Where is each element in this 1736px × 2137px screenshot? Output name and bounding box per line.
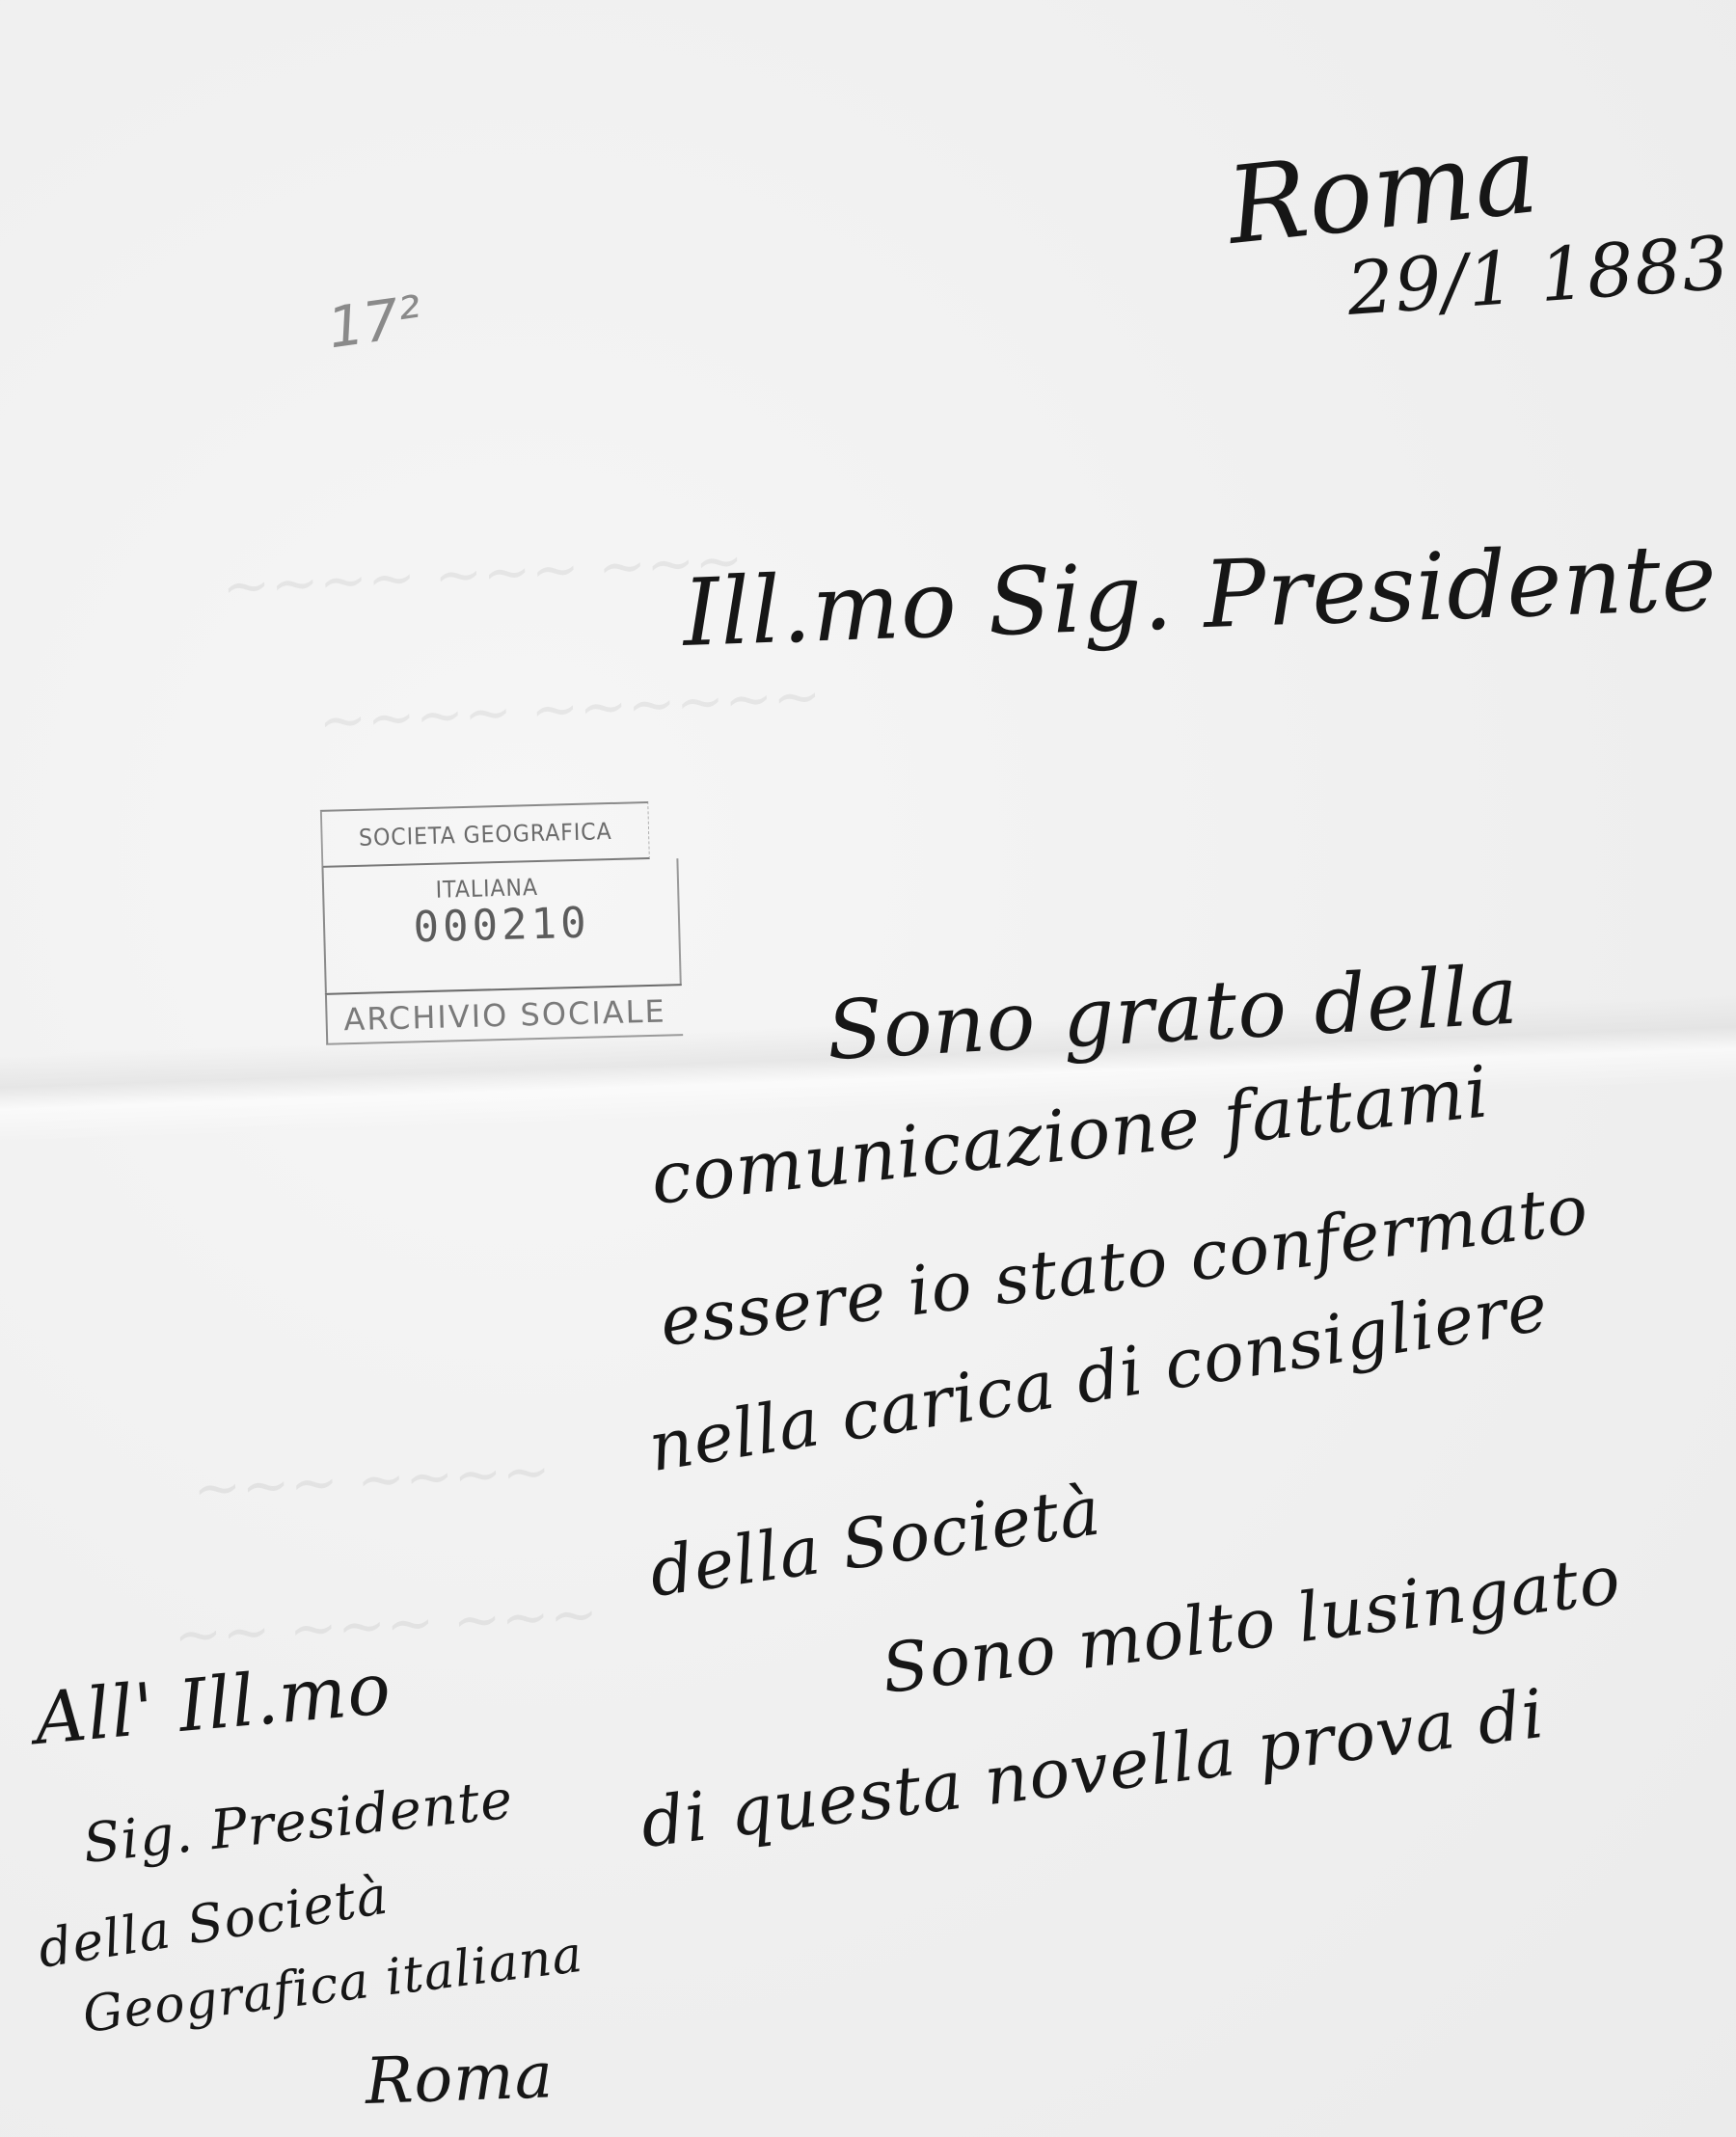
archive-stamp: SOCIETA GEOGRAFICA ITALIANA 000210 ARCHI… (320, 800, 683, 1041)
stamp-archive-label: ARCHIVIO SOCIALE (325, 984, 683, 1045)
stamp-society-name: SOCIETA GEOGRAFICA ITALIANA (320, 801, 650, 868)
address-line: Roma (364, 2038, 555, 2119)
archive-pencil-number: 17² (324, 284, 426, 362)
